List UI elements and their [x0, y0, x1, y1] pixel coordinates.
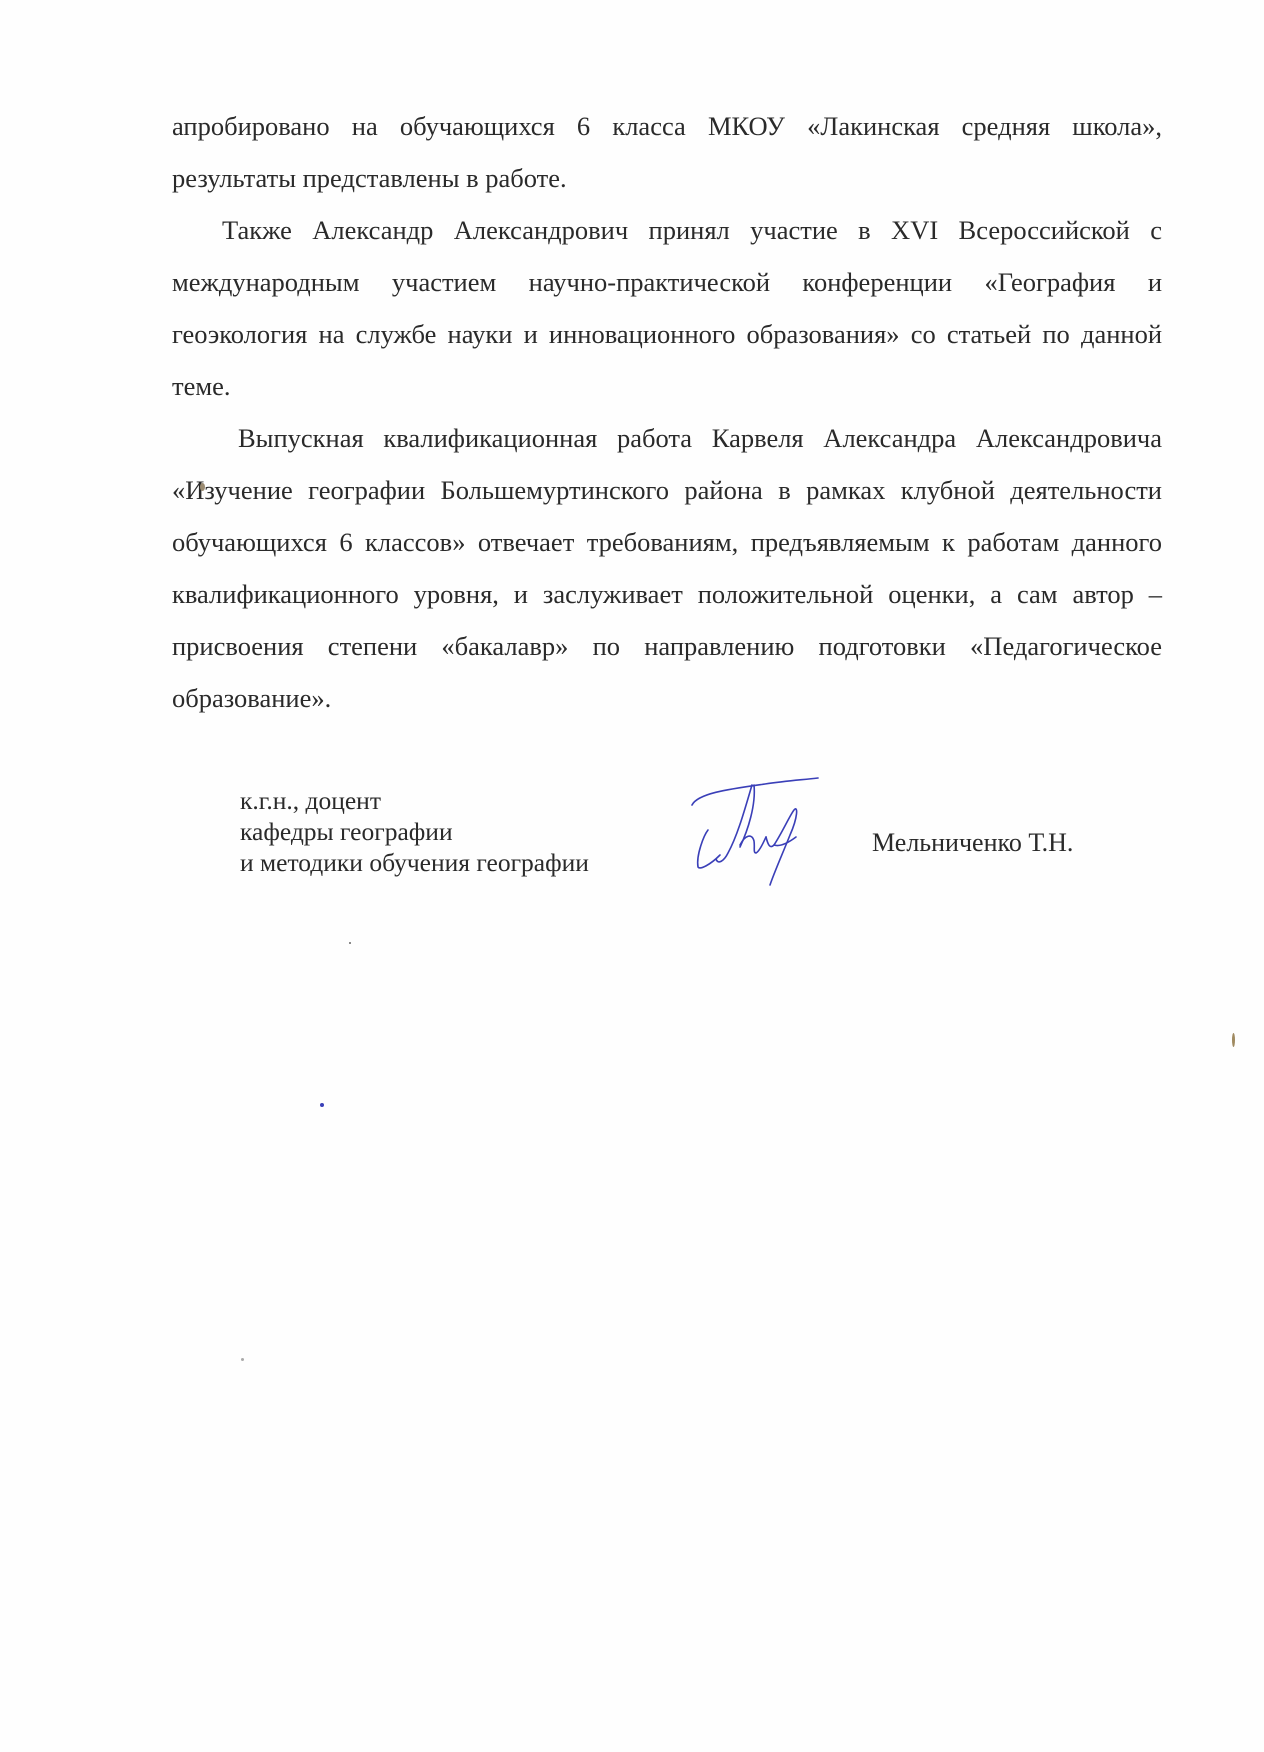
signer-department-cont: и методики обучения географии	[240, 847, 589, 878]
scan-artifact	[200, 483, 205, 491]
signer-name: Мельниченко Т.Н.	[872, 828, 1073, 858]
handwritten-signature-icon	[690, 775, 820, 890]
review-body: апробировано на обучающихся 6 класса МКО…	[172, 100, 1162, 724]
signer-degree: к.г.н., доцент	[240, 785, 589, 816]
scan-artifact	[1232, 1033, 1235, 1047]
paragraph-conclusion: Выпускная квалификационная работа Карвел…	[172, 412, 1162, 724]
scan-artifact	[320, 1103, 324, 1107]
paragraph-conference: Также Александр Александрович принял уча…	[172, 204, 1162, 412]
scan-artifact	[349, 942, 351, 944]
scan-artifact	[241, 1358, 244, 1361]
signer-department: кафедры географии	[240, 816, 589, 847]
signer-position: к.г.н., доцент кафедры географии и метод…	[240, 785, 589, 878]
document-page: апробировано на обучающихся 6 класса МКО…	[0, 0, 1264, 1752]
paragraph-approbation: апробировано на обучающихся 6 класса МКО…	[172, 100, 1162, 204]
